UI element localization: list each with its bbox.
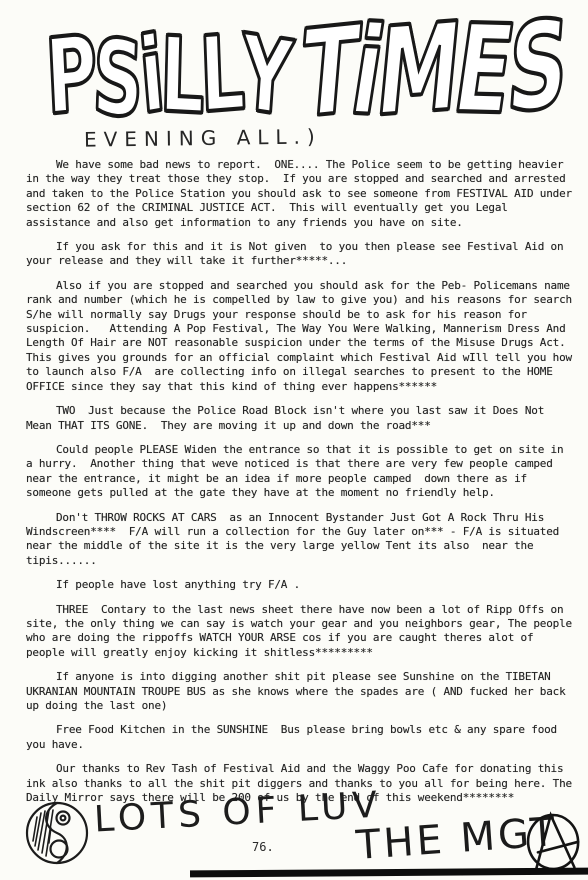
paragraph-two-roadblock: TWO Just because the Police Road Block i… xyxy=(26,404,574,433)
masthead: PSiLLYTiMES EVENING ALL.) xyxy=(0,0,588,158)
paragraph-lost-property: If people have lost anything try F/A . xyxy=(26,578,574,592)
title-word-psilly: PSiLLY xyxy=(46,15,288,136)
paragraph-three-ripoffs: THREE Contary to the last news sheet the… xyxy=(26,603,574,661)
newsletter-page: PSiLLYTiMES EVENING ALL.) We have some b… xyxy=(0,0,588,880)
title-word-times: TiMES xyxy=(294,9,570,134)
paragraph-widen-entrance: Could people PLEASE Widen the entrance s… xyxy=(26,443,574,501)
yin-yang-icon xyxy=(22,798,92,868)
paragraph-rocks-at-cars: Don't THROW ROCKS AT CARS as an Innocent… xyxy=(26,511,574,569)
paragraph-free-food: Free Food Kitchen in the SUNSHINE Bus pl… xyxy=(26,723,574,752)
bottom-rule xyxy=(190,868,588,878)
paragraph-shit-pit: If anyone is into digging another shit p… xyxy=(26,670,574,713)
paragraph-one-police: We have some bad news to report. ONE....… xyxy=(26,158,574,230)
footer: LOTS OF LUV 76. THE MGT xyxy=(0,796,588,880)
page-number: 76. xyxy=(252,840,274,854)
paragraph-festival-aid-release: If you ask for this and it is Not given … xyxy=(26,240,574,269)
newsletter-body: We have some bad news to report. ONE....… xyxy=(0,158,588,805)
anarchy-icon xyxy=(521,808,584,875)
greeting-text: EVENING ALL.) xyxy=(84,124,322,151)
paragraph-stop-and-search: Also if you are stopped and searched you… xyxy=(26,279,574,394)
